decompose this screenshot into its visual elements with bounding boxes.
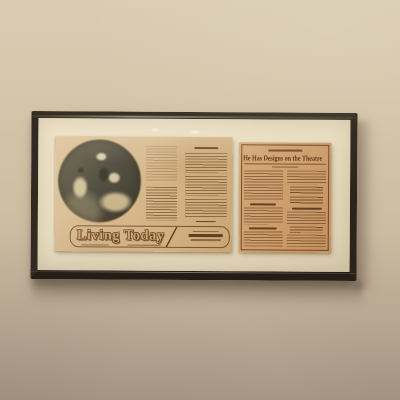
quote-block [290, 197, 323, 205]
masthead-caption-bar [82, 244, 109, 246]
halftone-photo-circle [58, 139, 142, 223]
imprint-line [193, 230, 219, 232]
kicker-line [268, 149, 302, 151]
article-headline: He Has Designs on the Theatre [243, 153, 322, 162]
cast-shadow-right [355, 121, 373, 289]
picture-frame: Living Today / He Has Designs on the The… [30, 111, 357, 281]
framed-artwork: Living Today / He Has Designs on the The… [0, 0, 400, 400]
newspaper-page-right: He Has Designs on the Theatre [239, 142, 332, 253]
byline-line [272, 166, 298, 168]
newsprint-column [244, 231, 283, 246]
frame-glint-top [31, 115, 357, 118]
masthead-caption-bar [128, 244, 161, 246]
newsprint-column [146, 146, 177, 182]
newsprint-column [185, 176, 227, 196]
quote-block [290, 187, 323, 195]
quote-block [290, 227, 323, 233]
newsprint-column [185, 153, 227, 173]
column-subhead [292, 207, 322, 209]
masthead-divider: / [167, 221, 176, 255]
newsprint-column [146, 187, 177, 221]
column-subhead [249, 227, 277, 229]
column-footline [196, 221, 216, 223]
masthead-banner: Living Today / [70, 225, 230, 248]
imprint-line [189, 234, 223, 237]
masthead-title: Living Today [77, 227, 165, 245]
newsprint-column [244, 170, 283, 200]
newsprint-column [287, 235, 326, 247]
frame-glint-bottom [31, 271, 357, 274]
newsprint-column [287, 212, 326, 225]
cast-shadow-bottom [32, 280, 362, 306]
newsprint-column [244, 207, 283, 224]
column-subhead [194, 147, 218, 149]
imprint-line [191, 239, 221, 241]
newspaper-page-left: Living Today / [55, 136, 233, 252]
column-subhead [250, 203, 276, 205]
imprint-block [187, 230, 225, 240]
newsprint-column [185, 199, 227, 218]
wall: Living Today / He Has Designs on the The… [0, 0, 400, 400]
newsprint-column [287, 171, 326, 185]
